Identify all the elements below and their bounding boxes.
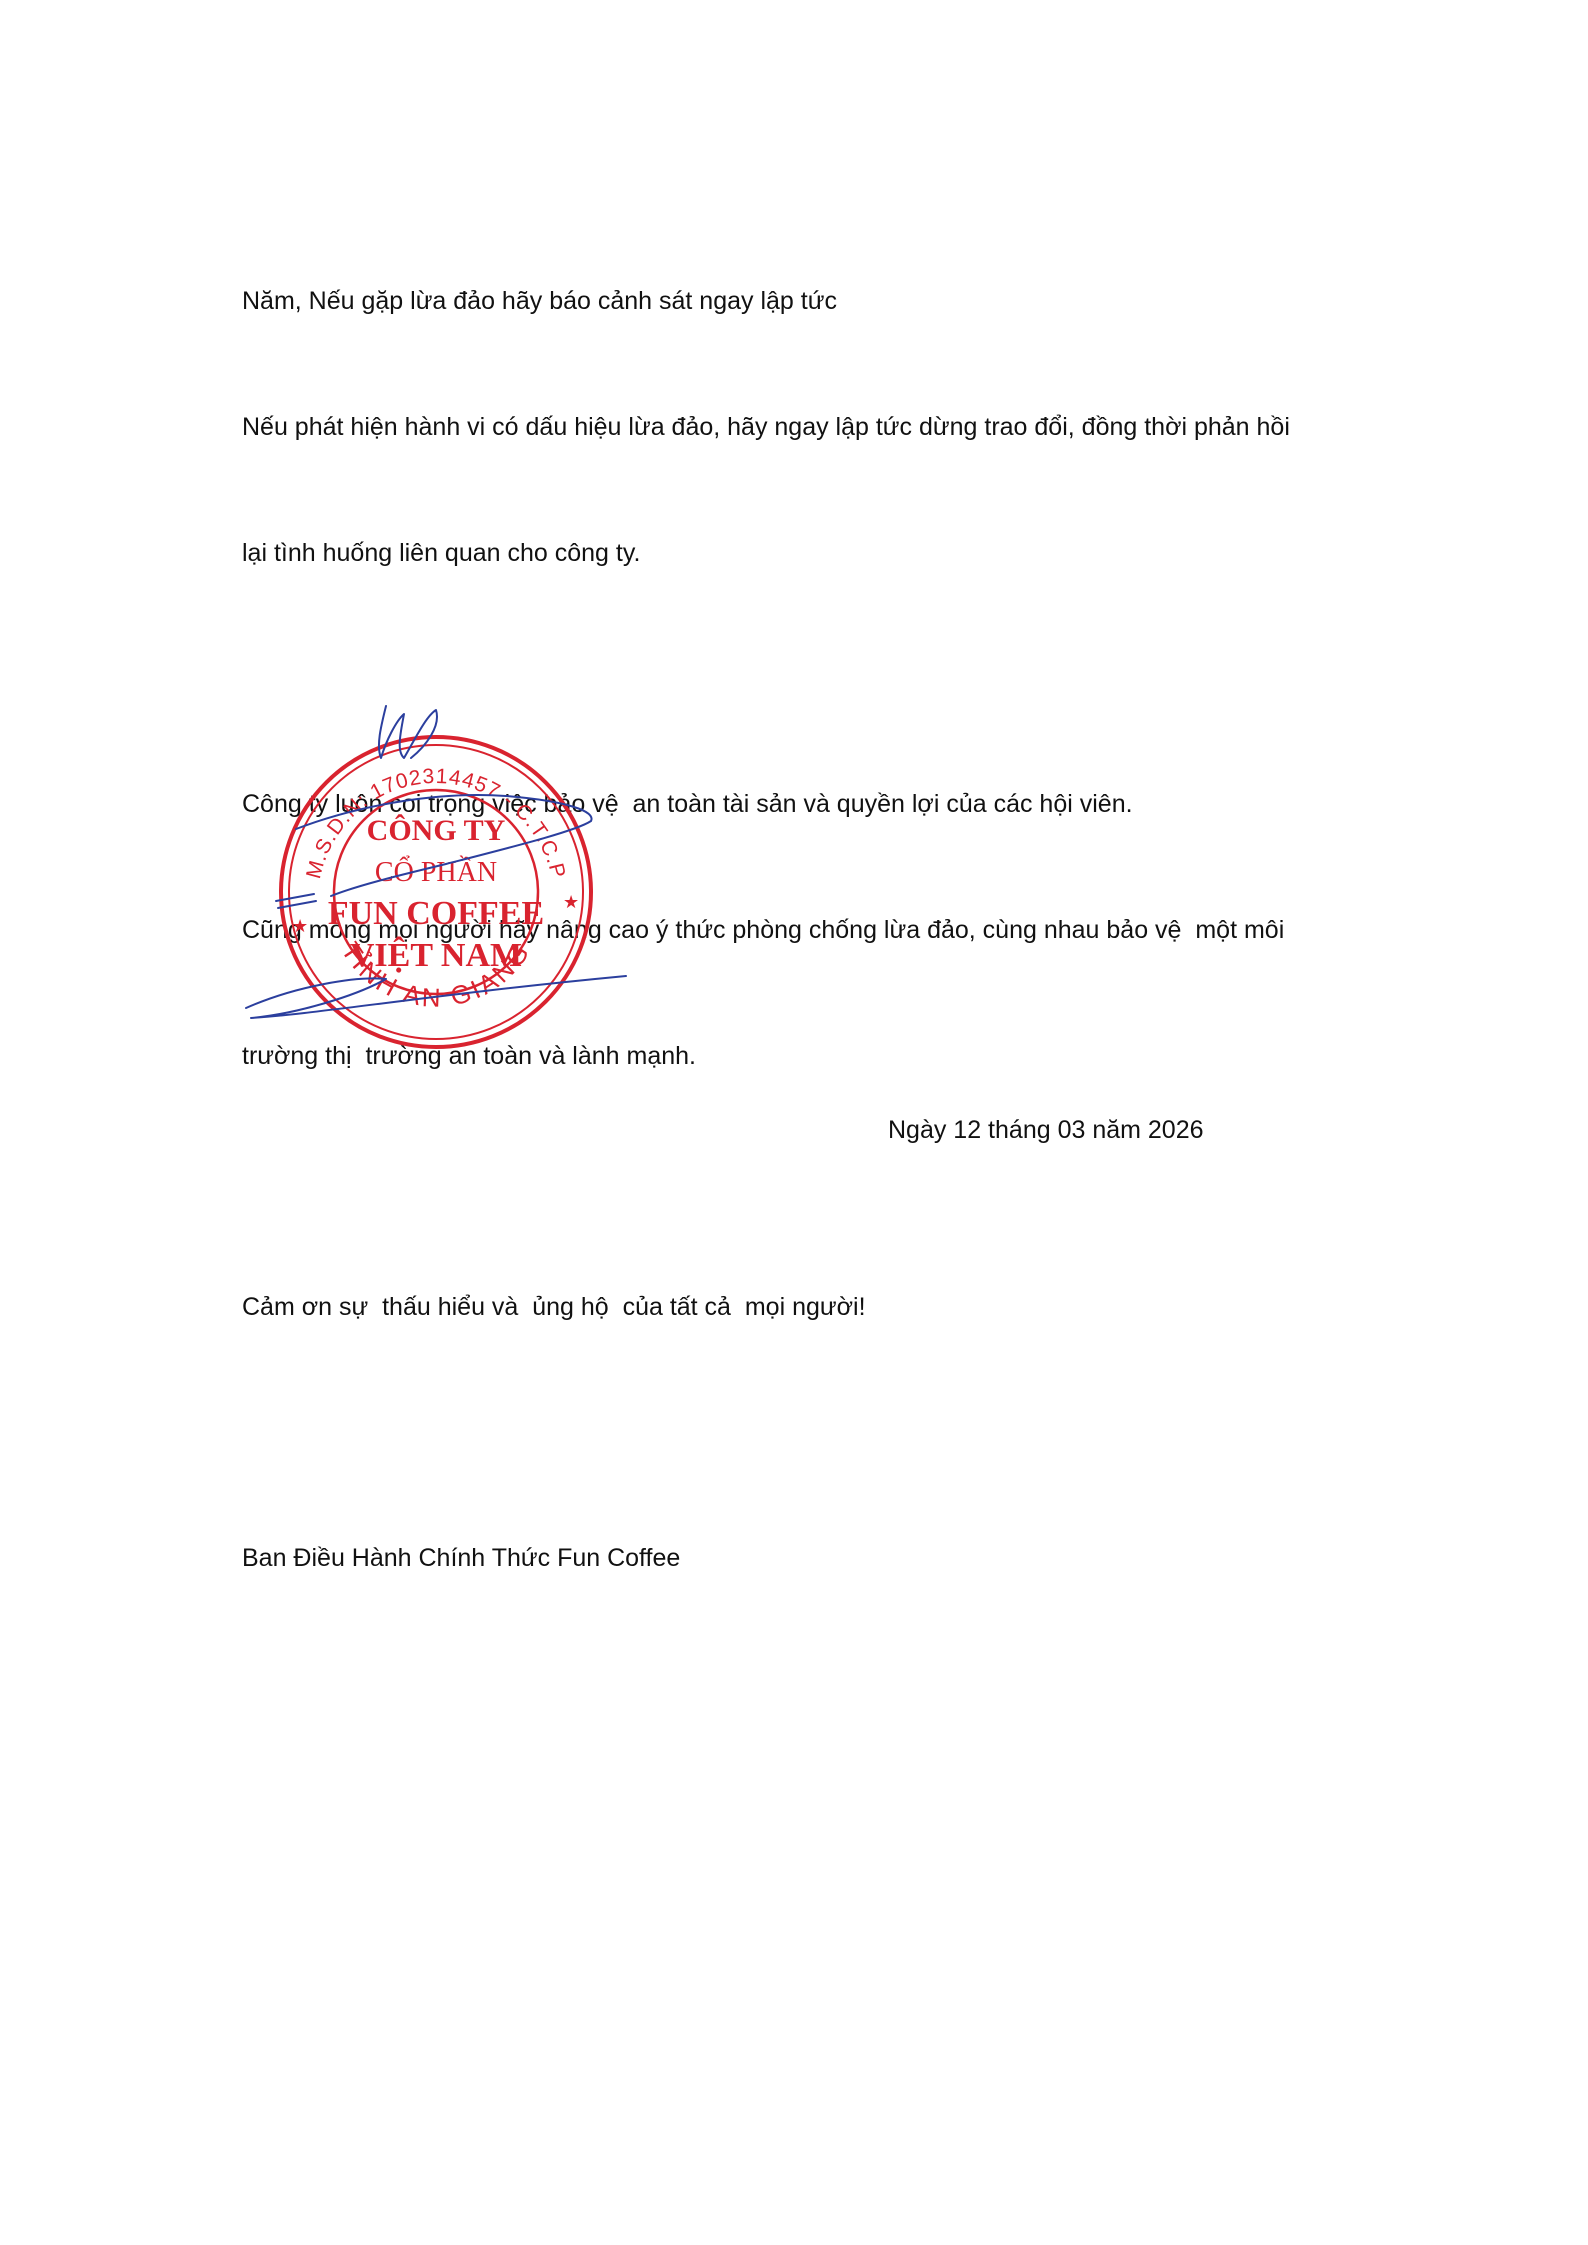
star-icon: ★ [292, 916, 308, 937]
seal-center-line-2: CỔ PHẦN [375, 856, 497, 888]
document-page: Năm, Nếu gặp lừa đảo hãy báo cảnh sát ng… [0, 0, 1588, 2245]
company-seal: M.S.D.N: 1702314457 - C.T.C.P TỈNH AN GI… [236, 696, 636, 1056]
paragraph-thanks: Cảm ơn sự thấu hiểu và ủng hộ của tất cả… [242, 1202, 1372, 1412]
seal-center-line-4: VIỆT NAM [350, 936, 522, 974]
seal-center-line-1: CÔNG TY [367, 814, 506, 847]
paragraph-1-line-1: Nếu phát hiện hành vi có dấu hiệu lừa đả… [242, 406, 1372, 448]
thanks-text: Cảm ơn sự thấu hiểu và ủng hộ của tất cả… [242, 1286, 1372, 1328]
signature-text: Ban Điều Hành Chính Thức Fun Coffee [242, 1537, 1372, 1579]
paragraph-1-line-2: lại tình huống liên quan cho công ty. [242, 532, 1372, 574]
seal-graphic: M.S.D.N: 1702314457 - C.T.C.P TỈNH AN GI… [236, 696, 636, 1056]
document-date: Ngày 12 tháng 03 năm 2026 [888, 1114, 1204, 1146]
paragraph-warning: Năm, Nếu gặp lừa đảo hãy báo cảnh sát ng… [242, 196, 1372, 658]
paragraph-signature: Ban Điều Hành Chính Thức Fun Coffee [242, 1453, 1372, 1663]
section-heading: Năm, Nếu gặp lừa đảo hãy báo cảnh sát ng… [242, 280, 1372, 322]
star-icon: ★ [563, 892, 579, 913]
seal-center-line-3: FUN COFFEE [328, 895, 544, 932]
